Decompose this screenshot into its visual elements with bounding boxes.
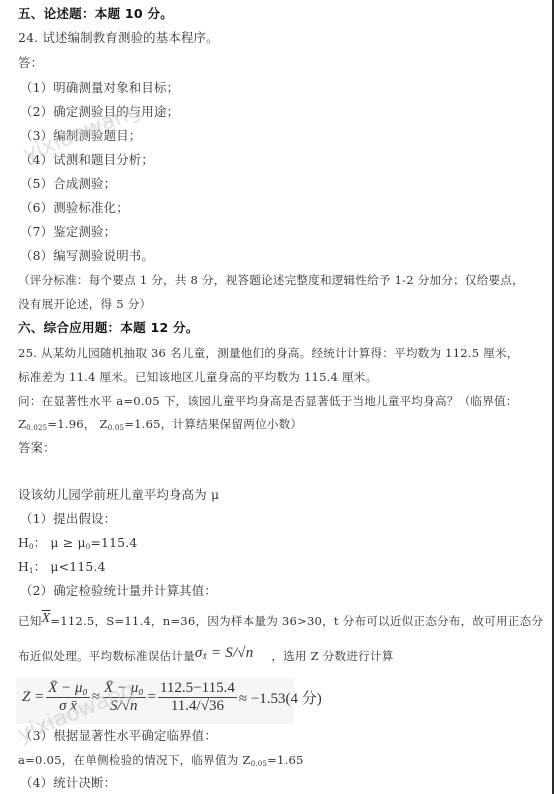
known-prefix: 已知 bbox=[18, 614, 42, 628]
step-item: （2）确定测验目的与用途； bbox=[20, 104, 179, 120]
critical-value: =1.65 bbox=[267, 753, 304, 767]
critical-prefix: a=0.05，在单侧检验的情况下，临界值为 Z bbox=[18, 753, 251, 767]
critical-subscript: 0.05 bbox=[251, 760, 267, 768]
question-25-line1: 25. 从某幼儿园随机抽取 36 名儿童，测量他们的身高。经统计计算得：平均数为… bbox=[18, 345, 519, 361]
z-value: =1.96， bbox=[47, 417, 95, 431]
statistic-step: （2）确定检验统计量并计算其值： bbox=[20, 583, 217, 599]
step-item: （8）编写测验说明书。 bbox=[20, 248, 154, 264]
z-value: =1.65，计算结果保留两位小数） bbox=[124, 417, 302, 431]
question-24: 24. 试述编制教育测验的基本程序。 bbox=[18, 30, 219, 46]
step-item: （6）测验标准化； bbox=[20, 200, 129, 216]
step-item: （5）合成测验； bbox=[20, 176, 116, 192]
equals-symbol: = bbox=[148, 689, 156, 706]
step-item: （1）明确测量对象和目标； bbox=[20, 80, 179, 96]
approx-prefix: 布近似处理。平均数标准误估计量 bbox=[18, 649, 195, 663]
answer-label-25: 答案： bbox=[18, 440, 56, 456]
critical-value-line: a=0.05，在单侧检验的情况下，临界值为 Z0.05=1.65 bbox=[18, 752, 304, 772]
step-item: （7）鉴定测验； bbox=[20, 224, 116, 240]
z-subscript: 0.05 bbox=[108, 424, 124, 432]
z-label: Z bbox=[100, 417, 108, 431]
h0-label: H bbox=[18, 535, 29, 550]
z-symbol: Z = bbox=[22, 689, 44, 706]
grading-note-line1: （评分标准：每个要点 1 分，共 8 分，视答题论述完整度和逻辑性给予 1-2 … bbox=[18, 272, 524, 288]
question-25-line2: 标准差为 11.4 厘米。已知该地区儿童身高的平均数为 115.4 厘米。 bbox=[18, 369, 377, 385]
h0-text: ： μ ≥ μ bbox=[34, 535, 86, 550]
z-subscript: 0.025 bbox=[26, 424, 47, 432]
fraction-3: 112.5−115.4 11.4/√36 bbox=[158, 680, 237, 715]
section5-heading: 五、论述题：本题 10 分。 bbox=[18, 6, 173, 22]
h0-value: =115.4 bbox=[90, 535, 137, 550]
approx-symbol: ≈ bbox=[92, 689, 100, 706]
answer-label: 答： bbox=[18, 55, 43, 71]
grading-note-line2: 没有展开论述，得 5 分） bbox=[18, 296, 151, 312]
assumption-line: 设该幼儿园学前班儿童平均身高为 μ bbox=[18, 487, 219, 503]
formula-result: ≈ −1.53(4 分) bbox=[239, 687, 322, 708]
section6-heading: 六、综合应用题：本题 12 分。 bbox=[18, 320, 199, 336]
approx-suffix: ，选用 Z 分数进行计算 bbox=[271, 649, 393, 663]
critical-values-line: Z0.025=1.96， Z0.05=1.65，计算结果保留两位小数） bbox=[18, 416, 302, 436]
z-formula: Z = X̄ − μ₀ σ x̄ ≈ X̄ − μ₀ S/√n = 112.5−… bbox=[22, 680, 322, 715]
sigma-symbol: σ bbox=[195, 645, 203, 661]
fraction-numerator: 112.5−115.4 bbox=[158, 680, 237, 698]
fraction-1: X̄ − μ₀ σ x̄ bbox=[46, 680, 90, 715]
fraction-denominator: 11.4/√36 bbox=[169, 698, 226, 715]
decision-step: （4）统计决断： bbox=[20, 775, 116, 791]
standard-error-formula: σX̄ = S/√n bbox=[195, 645, 254, 661]
fraction-denominator: S/√n bbox=[108, 698, 139, 715]
h1-line: H1： μ<115.4 bbox=[18, 559, 106, 579]
step-item: （4）试测和题目分析； bbox=[20, 152, 154, 168]
h1-text: ： μ<115.4 bbox=[34, 559, 106, 574]
known-values-text: =112.5，S=11.4，n=36，因为样本量为 36>30，t 分布可以近似… bbox=[50, 614, 543, 628]
step-item: （3）编制测验题目； bbox=[20, 128, 141, 144]
hypothesis-step: （1）提出假设： bbox=[20, 511, 116, 527]
h0-line: H0： μ ≥ μ0=115.4 bbox=[18, 535, 138, 555]
critical-step: （3）根据显著性水平确定临界值： bbox=[20, 728, 217, 744]
fraction-numerator: X̄ − μ₀ bbox=[102, 680, 146, 698]
fraction-denominator: σ x̄ bbox=[57, 698, 79, 715]
se-formula-rest: = S/√n bbox=[207, 645, 253, 661]
question-25-line3: 问：在显著性水平 a=0.05 下，该园儿童平均身高是否显著低于当地儿童平均身高… bbox=[18, 393, 518, 409]
known-values-line: 已知X=112.5，S=11.4，n=36，因为样本量为 36>30，t 分布可… bbox=[18, 611, 543, 629]
approx-line: 布近似处理。平均数标准误估计量σX̄ = S/√n ，选用 Z 分数进行计算 bbox=[18, 645, 394, 665]
h1-label: H bbox=[18, 559, 29, 574]
fraction-numerator: X̄ − μ₀ bbox=[46, 680, 90, 698]
fraction-2: X̄ − μ₀ S/√n bbox=[102, 680, 146, 715]
